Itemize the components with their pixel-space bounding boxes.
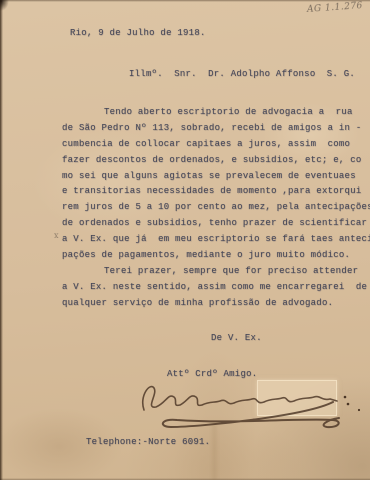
body-line: rem juros de 5 a 10 por cento ao mez, pe… [62, 201, 370, 213]
body-line: de São Pedro Nº 113, sobrado, recebi de … [62, 122, 362, 134]
dateline: Rio, 9 de Julho de 1918. [70, 27, 206, 39]
valediction: De V. Ex. [211, 332, 262, 344]
body-line: a V. Ex. neste sentido, assim como me en… [62, 281, 367, 293]
body-line: Tendo aberto escriptorio de advogacia a … [104, 106, 353, 118]
body-line: e transitorias necessidades de momento ,… [62, 185, 362, 197]
scan-corner-mark [0, 0, 9, 11]
body-line: cumbencia de collocar capitaes a juros, … [62, 138, 350, 150]
margin-check-mark: x [54, 231, 59, 240]
footer-telephone: Telephone:-Norte 6091. [86, 436, 210, 448]
body-line: qualquer serviço de minha profissão de a… [62, 297, 333, 309]
body-line: pações de pagamentos, mediante o juro mu… [62, 249, 350, 261]
scan-edge-left [0, 0, 3, 480]
addressee-line: Illmº. Snr. Dr. Adolpho Affonso S. G. [129, 68, 355, 80]
body-line: Terei prazer, sempre que for preciso att… [104, 265, 358, 277]
letter-scan: AG 1.1.276 Rio, 9 de Julho de 1918. Illm… [0, 0, 370, 480]
archival-code: AG 1.1.276 [307, 1, 363, 15]
body-line: a V. Ex. que já em meu escriptorio se fa… [62, 233, 370, 245]
handwritten-signature [130, 374, 370, 434]
body-line: de ordenados e subsidios, tenho prazer d… [62, 217, 367, 229]
body-line: fazer descontos de ordenados, e subsidio… [62, 154, 362, 166]
body-line: mo sei que alguns agiotas se prevalecem … [62, 170, 356, 182]
scan-edge-top [0, 0, 370, 2]
